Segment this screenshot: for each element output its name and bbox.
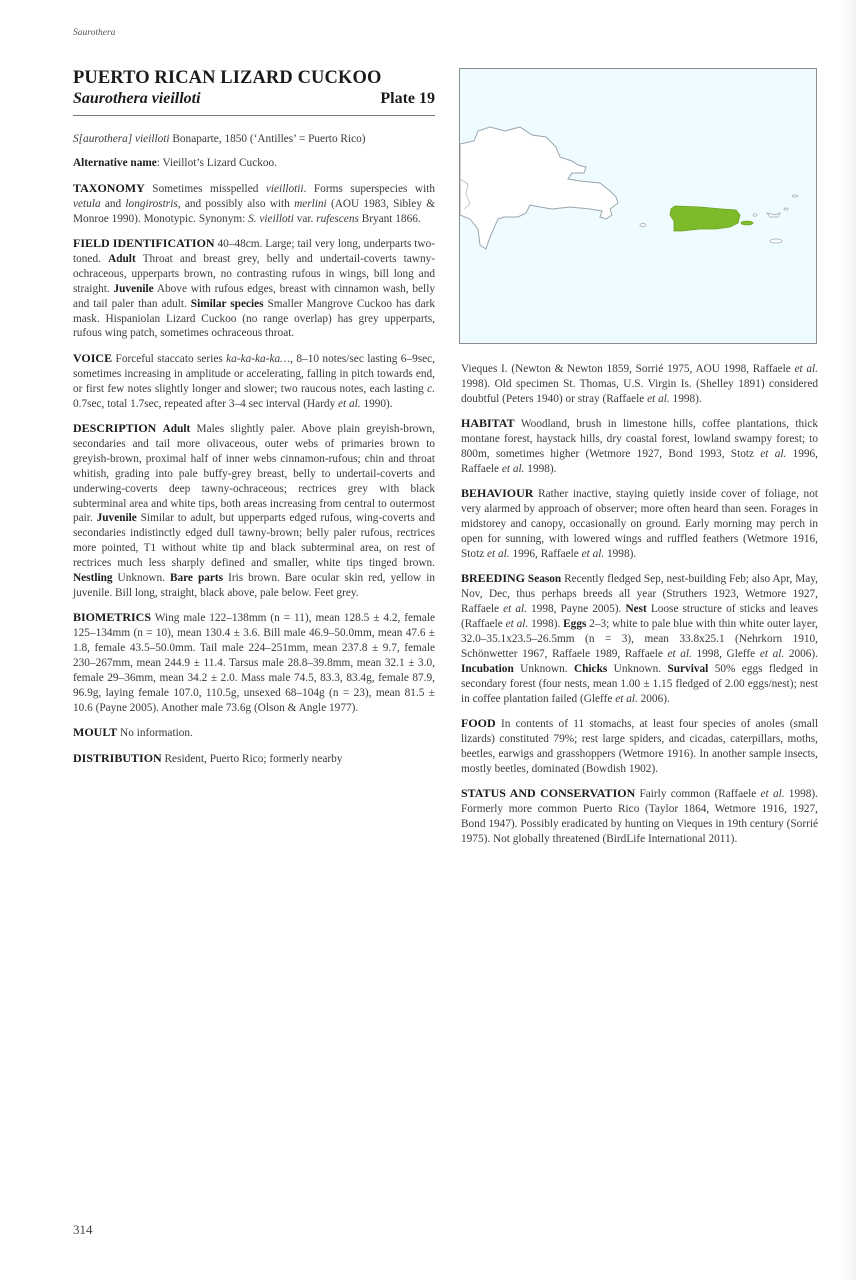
range-map-graphic <box>460 69 816 343</box>
puerto-rico-range <box>670 206 740 231</box>
behaviour-section: BEHAVIOUR Rather inactive, staying quiet… <box>461 486 818 562</box>
common-name: PUERTO RICAN LIZARD CUCKOO <box>73 67 435 89</box>
habitat-heading: HABITAT <box>461 416 515 430</box>
biometrics-heading: BIOMETRICS <box>73 610 151 624</box>
plate-reference: Plate 19 <box>380 89 435 109</box>
habitat-section: HABITAT Woodland, brush in limestone hil… <box>461 416 818 477</box>
distribution-heading: DISTRIBUTION <box>73 751 162 765</box>
moult-section: MOULT No information. <box>73 725 435 741</box>
moult-heading: MOULT <box>73 725 117 739</box>
status-conservation-heading: STATUS AND CONSERVATION <box>461 786 635 800</box>
distribution-section-continued: Vieques I. (Newton & Newton 1859, Sorrié… <box>461 362 818 407</box>
food-heading: FOOD <box>461 716 496 730</box>
right-text-column: Vieques I. (Newton & Newton 1859, Sorrié… <box>461 362 818 856</box>
taxonomy-section: TAXONOMY Sometimes misspelled vieillotii… <box>73 181 435 227</box>
status-conservation-section: STATUS AND CONSERVATION Fairly common (R… <box>461 786 818 847</box>
distribution-section-start: DISTRIBUTION Resident, Puerto Rico; form… <box>73 751 435 767</box>
scientific-name-row: Saurothera vieilloti Plate 19 <box>73 89 435 109</box>
behaviour-heading: BEHAVIOUR <box>461 486 533 500</box>
citation-sci-name: S[aurothera] vieilloti <box>73 133 170 145</box>
field-identification-heading: FIELD IDENTIFICATION <box>73 236 215 250</box>
breeding-section: BREEDING Season Recently fledged Sep, ne… <box>461 571 818 706</box>
page-gutter-shadow <box>842 0 856 1280</box>
voice-section: VOICE Forceful staccato series ka-ka-ka-… <box>73 351 435 412</box>
hispaniola-landmass <box>460 127 618 249</box>
alternative-name-paragraph: Alternative name: Vieillot’s Lizard Cuck… <box>73 156 435 171</box>
citation-paragraph: S[aurothera] vieilloti Bonaparte, 1850 (… <box>73 132 435 147</box>
biometrics-section: BIOMETRICS Wing male 122–138mm (n = 11),… <box>73 610 435 715</box>
description-heading: DESCRIPTION <box>73 421 156 435</box>
running-head: Saurothera <box>73 28 115 38</box>
field-identification-section: FIELD IDENTIFICATION 40–48cm. Large; tai… <box>73 236 435 341</box>
taxonomy-heading: TAXONOMY <box>73 181 145 195</box>
page-number: 314 <box>73 1222 93 1238</box>
distribution-map <box>459 68 817 344</box>
scientific-name: Saurothera vieilloti <box>73 89 201 109</box>
description-section: DESCRIPTION Adult Males slightly paler. … <box>73 421 435 601</box>
title-divider <box>73 115 435 116</box>
left-text-column: S[aurothera] vieilloti Bonaparte, 1850 (… <box>73 132 435 776</box>
species-title-block: PUERTO RICAN LIZARD CUCKOO Saurothera vi… <box>73 67 435 116</box>
food-section: FOOD In contents of 11 stomachs, at leas… <box>461 716 818 777</box>
alternative-name-label: Alternative name <box>73 157 157 169</box>
voice-heading: VOICE <box>73 351 112 365</box>
breeding-heading: BREEDING <box>461 571 525 585</box>
